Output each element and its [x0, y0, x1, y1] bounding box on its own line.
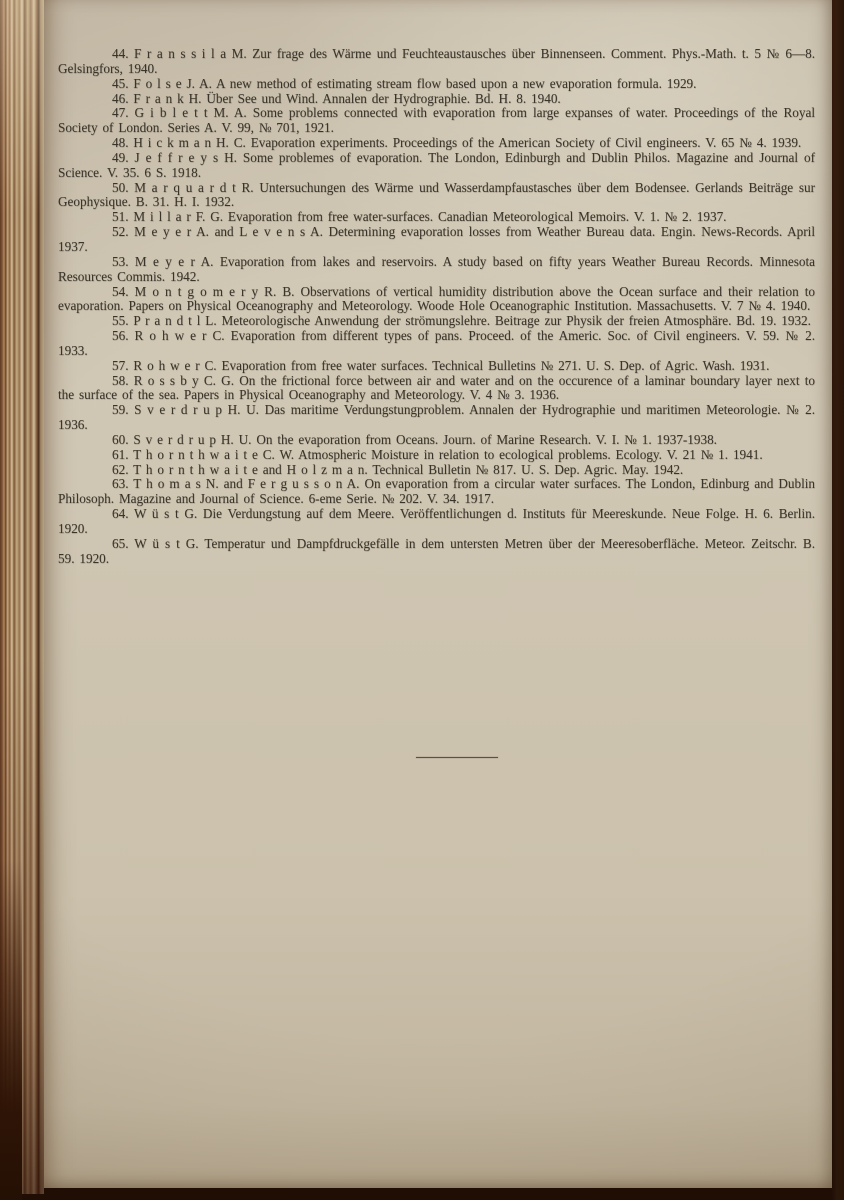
reference-item: 64. W ü s t G. Die Verdungstung auf dem …	[58, 507, 815, 537]
reference-item: 51. M i l l a r F. G. Evaporation from f…	[58, 210, 815, 225]
book-page: 44. F r a n s s i l a M. Zur frage des W…	[44, 0, 832, 1188]
reference-item: 62. T h o r n t h w a i t e and H o l z …	[58, 463, 815, 478]
reference-item: 50. M a r q u a r d t R. Untersuchungen …	[58, 181, 815, 211]
reference-item: 65. W ü s t G. Temperatur und Dampfdruck…	[58, 537, 815, 567]
reference-item: 52. M e y e r A. and L e v e n s A. Dete…	[58, 225, 815, 255]
references-list: 44. F r a n s s i l a M. Zur frage des W…	[58, 47, 815, 567]
reference-item: 58. R o s s b y C. G. On the frictional …	[58, 374, 815, 404]
reference-item: 59. S v e r d r u p H. U. Das maritime V…	[58, 403, 815, 433]
reference-item: 63. T h o m a s N. and F e r g u s s o n…	[58, 477, 815, 507]
reference-item: 55. P r a n d t l L. Meteorologische Anw…	[58, 314, 815, 329]
reference-item: 46. F r a n k H. Über See und Wind. Anna…	[58, 92, 815, 107]
reference-item: 56. R o h w e r C. Evaporation from diff…	[58, 329, 815, 359]
reference-item: 53. M e y e r A. Evaporation from lakes …	[58, 255, 815, 285]
reference-item: 45. F o l s e J. A. A new method of esti…	[58, 77, 815, 92]
section-divider	[416, 757, 498, 758]
reference-item: 60. S v e r d r u p H. U. On the evapora…	[58, 433, 815, 448]
reference-item: 47. G i b l e t t M. A. Some problems co…	[58, 106, 815, 136]
reference-item: 44. F r a n s s i l a M. Zur frage des W…	[58, 47, 815, 77]
reference-item: 49. J e f f r e y s H. Some problemes of…	[58, 151, 815, 181]
reference-item: 48. H i c k m a n H. C. Evaporation expe…	[58, 136, 815, 151]
reference-item: 57. R o h w e r C. Evaporation from free…	[58, 359, 815, 374]
reference-item: 61. T h o r n t h w a i t e C. W. Atmosp…	[58, 448, 815, 463]
page-right-edge-shadow	[832, 0, 844, 1200]
reference-item: 54. M o n t g o m e r y R. B. Observatio…	[58, 285, 815, 315]
book-binding-shadow	[0, 860, 22, 1200]
book-page-photo: 44. F r a n s s i l a M. Zur frage des W…	[0, 0, 844, 1200]
